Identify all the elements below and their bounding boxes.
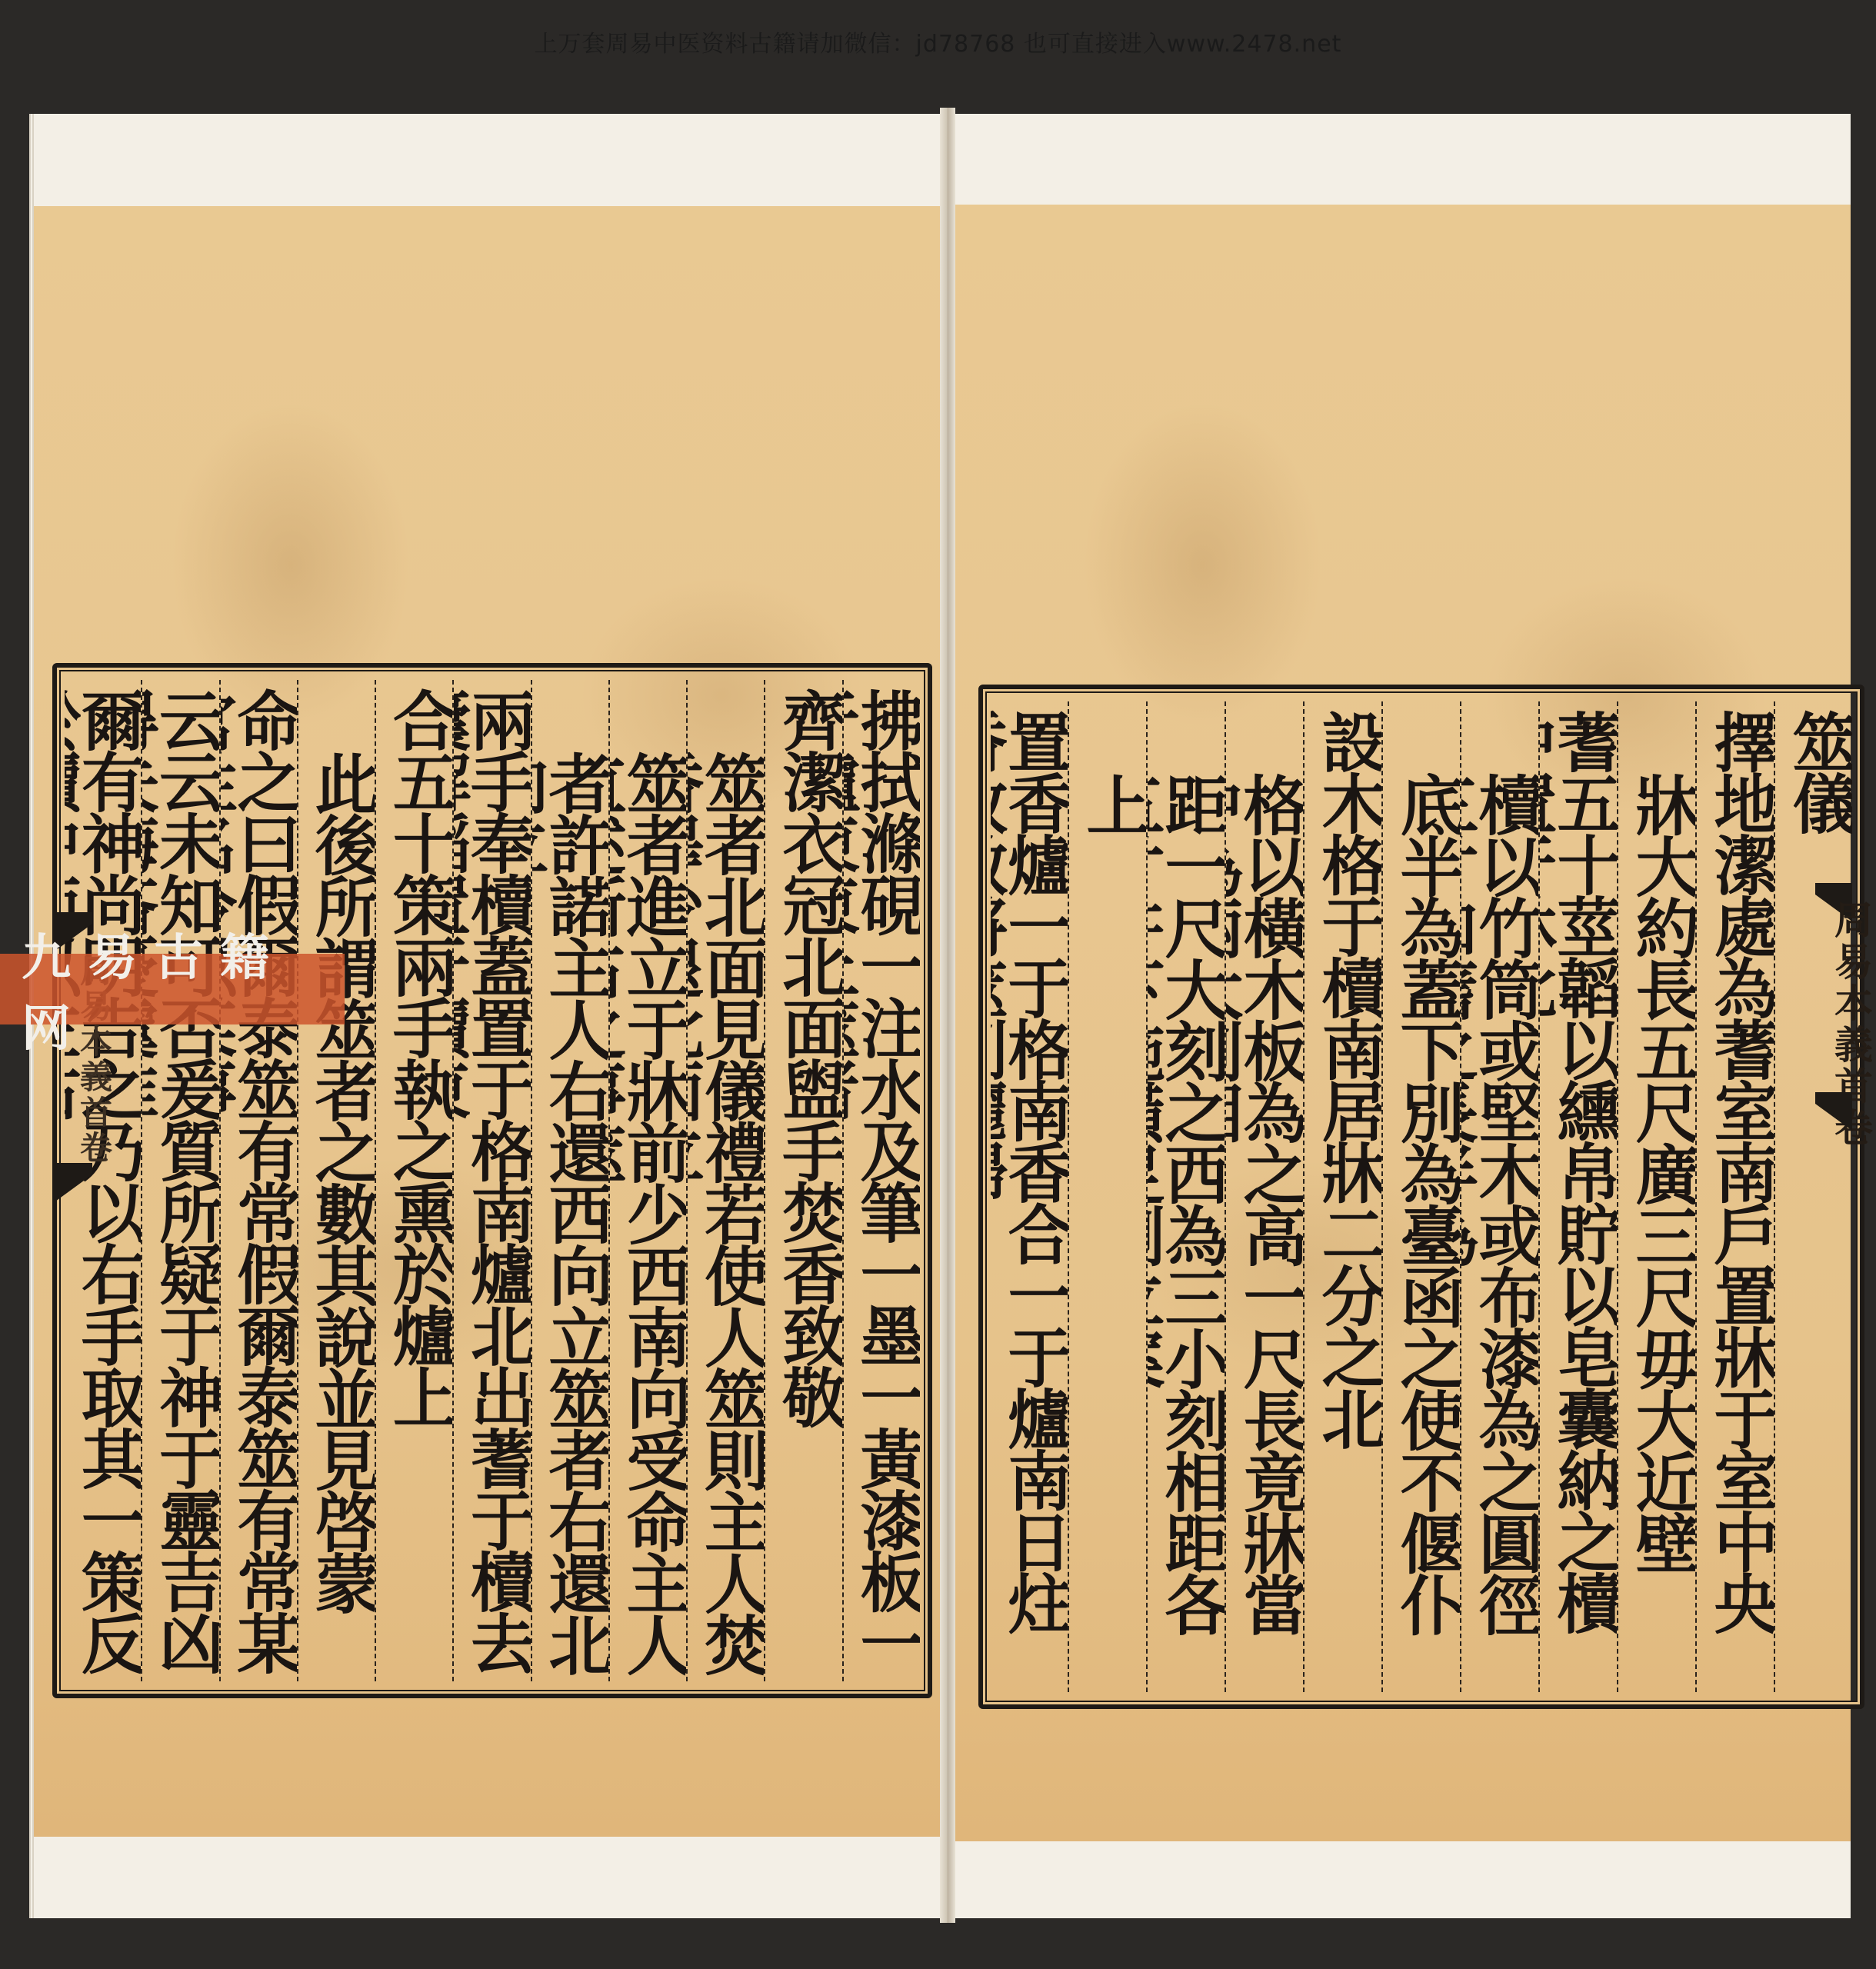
text-column: 格以橫木板為之高一尺長竟牀當中為兩大刻相	[1225, 701, 1303, 1692]
text-column: 底半為蓋下別為臺函之使不偃仆	[1381, 701, 1460, 1692]
text-column: 兩手奉櫝蓋置于格南爐北出蓍于櫝去囊解韜置于櫝東	[452, 680, 530, 1681]
text-column: 櫝以竹筒或堅木或布漆為之圓徑三寸如蓍之長半為	[1460, 701, 1538, 1692]
text-column: 云云未知可否爰質所疑于神于靈吉凶得失悔吝憂虞惟	[141, 680, 218, 1681]
text-column: 筮者北面見儀禮若使人筮則主人焚香畢少退北面立	[686, 680, 764, 1681]
top-watermark-text: 上万套周易中医资料古籍请加微信：jd78768 也可直接进入www.2478.n…	[0, 25, 1876, 58]
site-watermark-banner: 九易古籍网	[0, 954, 345, 1024]
text-column: 上	[1068, 701, 1146, 1692]
left-text-block: 拂拭滌硯一注水及筆一墨一黃漆板一于爐東東上筮者 齊潔衣冠北面盥手焚香致敬 筮者北…	[52, 663, 932, 1698]
right-text-block: 筮儀 擇地潔處為蓍室南戶置牀于室中央 牀大約長五尺廣三尺毋大近壁 蓍五十莖韜以纁…	[978, 685, 1864, 1709]
text-column: 者許諾主人右還西向立筮者右還北向立	[531, 680, 608, 1681]
right-text-columns: 筮儀 擇地潔處為蓍室南戶置牀于室中央 牀大約長五尺廣三尺毋大近壁 蓍五十莖韜以纁…	[991, 701, 1852, 1692]
text-column: 筮者進立于牀前少西南向受命主人直述所占之事筮	[608, 680, 686, 1681]
text-column: 蓍五十莖韜以纁帛貯以皂囊納之櫝中置于牀北	[1538, 701, 1617, 1692]
text-column: 此後所謂筮者之數其說並見啓蒙	[297, 680, 375, 1681]
text-column: 合五十策兩手執之熏於爐上	[375, 680, 452, 1681]
text-column: 牀大約長五尺廣三尺毋大近壁	[1617, 701, 1695, 1692]
left-text-columns: 拂拭滌硯一注水及筆一墨一黃漆板一于爐東東上筮者 齊潔衣冠北面盥手焚香致敬 筮者北…	[65, 680, 920, 1681]
text-column: 齊潔衣冠北面盥手焚香致敬	[764, 680, 841, 1681]
section-title-column: 筮儀	[1774, 701, 1852, 1692]
text-column: 擇地潔處為蓍室南戶置牀于室中央	[1695, 701, 1774, 1692]
text-column: 設木格于櫝南居牀二分之北	[1303, 701, 1381, 1692]
text-column: 置香爐一于格南香合一于爐南日炷香致敬將筮則灑掃	[991, 701, 1068, 1692]
text-column: 命之曰假爾泰筮有常假爾泰筮有常某官姓名今以某事	[219, 680, 297, 1681]
text-column: 距一尺大刻之西為三小刻相距各五寸許下施橫足側立案	[1146, 701, 1225, 1692]
text-column: 拂拭滌硯一注水及筆一墨一黃漆板一于爐東東上筮者	[842, 680, 920, 1681]
book-spine-gutter	[940, 108, 955, 1923]
